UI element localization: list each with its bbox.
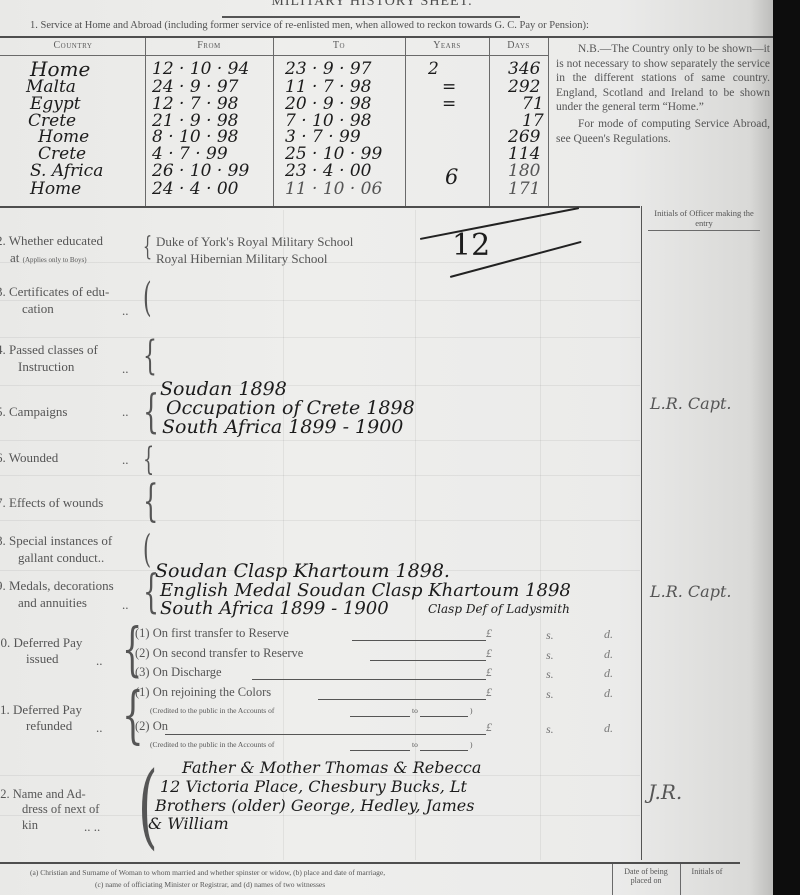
label-certificates-2: cation bbox=[22, 301, 54, 317]
deferred-refunded-line-2: (2) On bbox=[135, 719, 168, 734]
school-option-duke-of-york: Duke of York's Royal Military School bbox=[156, 234, 353, 250]
cell-to: 11 · 10 · 06 bbox=[285, 180, 382, 199]
next-of-kin-line: Brothers (older) George, Hedley, James bbox=[155, 796, 474, 815]
next-of-kin-line: & William bbox=[148, 814, 229, 833]
label-next-of-kin-3: kin bbox=[22, 817, 38, 833]
credit-to: to bbox=[412, 740, 418, 749]
col-header-to: To bbox=[273, 40, 405, 51]
label-dots: .. bbox=[122, 404, 129, 420]
blank-field bbox=[370, 660, 486, 661]
pence-symbol: d. bbox=[604, 721, 613, 736]
nb-paragraph-1: N.B.—The Country only to be shown—it is … bbox=[556, 42, 770, 115]
label-deferred-pay-issued-2: issued bbox=[26, 651, 59, 667]
brace: { bbox=[143, 480, 158, 524]
brace: { bbox=[143, 336, 157, 376]
shillings-symbol: s. bbox=[546, 628, 554, 643]
credit-note: (Credited to the public in the Accounts … bbox=[150, 740, 274, 749]
label-passed-classes-2: Instruction bbox=[18, 359, 74, 375]
label-dots: .. .. bbox=[84, 819, 100, 835]
credit-to: to bbox=[412, 706, 418, 715]
footer-top-rule bbox=[0, 862, 740, 864]
footer-divider bbox=[680, 864, 681, 895]
label-effects-of-wounds: 7. Effects of wounds bbox=[0, 495, 103, 511]
label-gallant-conduct: 8. Special instances of bbox=[0, 533, 112, 549]
footer-line-2: (c) name of officiating Minister or Regi… bbox=[95, 880, 325, 889]
pounds-symbol: £ bbox=[486, 720, 492, 735]
label-dots: .. bbox=[122, 361, 129, 377]
label-passed-classes: 4. Passed classes of bbox=[0, 342, 98, 358]
pounds-symbol: £ bbox=[486, 626, 492, 641]
military-history-sheet: MILITARY HISTORY SHEET. 1. Service at Ho… bbox=[0, 0, 773, 895]
label-medals: 9. Medals, decorations bbox=[0, 578, 114, 594]
officer-initials: J.R. bbox=[648, 780, 682, 804]
school-option-royal-hibernian: Royal Hibernian Military School bbox=[156, 251, 328, 267]
credit-close: ) bbox=[470, 706, 473, 715]
label-deferred-pay-refunded-2: refunded bbox=[26, 718, 72, 734]
blank-field bbox=[252, 679, 486, 680]
pounds-symbol: £ bbox=[486, 685, 492, 700]
shillings-symbol: s. bbox=[546, 722, 554, 737]
label-next-of-kin-2: dress of next of bbox=[22, 801, 99, 817]
deferred-issued-line-1: (1) On first transfer to Reserve bbox=[135, 626, 289, 641]
pence-symbol: d. bbox=[604, 666, 613, 681]
nb-note: N.B.—The Country only to be shown—it is … bbox=[556, 42, 770, 146]
label-dots: .. bbox=[122, 303, 129, 319]
table-header-rule bbox=[0, 55, 548, 56]
label-educated: 2. Whether educated bbox=[0, 233, 103, 249]
label-medals-2: and annuities bbox=[18, 595, 87, 611]
officer-initials: L.R. Capt. bbox=[650, 394, 731, 413]
faint-rule bbox=[0, 440, 640, 441]
label-at: at bbox=[10, 250, 19, 265]
cell-from: 24 · 4 · 00 bbox=[152, 180, 239, 199]
col-header-years: Years bbox=[405, 40, 489, 51]
shillings-symbol: s. bbox=[546, 687, 554, 702]
table-row: Home 24 · 4 · 00 11 · 10 · 06 171 bbox=[0, 180, 545, 199]
label-dots: .. bbox=[96, 653, 103, 669]
faint-rule bbox=[0, 520, 640, 521]
blank-field bbox=[318, 699, 486, 700]
deferred-issued-line-2: (2) On second transfer to Reserve bbox=[135, 646, 303, 661]
footer-line-1: (a) Christian and Surname of Woman to wh… bbox=[30, 868, 385, 877]
blank-field bbox=[352, 640, 486, 641]
cell-country: Home bbox=[30, 180, 81, 199]
credit-close: ) bbox=[470, 740, 473, 749]
label-dots: .. bbox=[96, 720, 103, 736]
nb-paragraph-2: For mode of computing Service Abroad, se… bbox=[556, 117, 770, 146]
col-header-from: From bbox=[145, 40, 273, 51]
initials-column-header: Initials of Officer making the entry bbox=[645, 208, 763, 228]
col-divider bbox=[548, 38, 549, 206]
brace: ( bbox=[143, 530, 151, 568]
brace: { bbox=[143, 234, 152, 260]
label-note: (Applies only to Boys) bbox=[23, 256, 87, 264]
section1-heading: 1. Service at Home and Abroad (including… bbox=[30, 20, 589, 31]
footer-initials-box: Initials of bbox=[682, 867, 732, 876]
next-of-kin-line: 12 Victoria Place, Chesbury Bucks, Lt bbox=[160, 777, 467, 796]
strike-line bbox=[420, 207, 579, 240]
label-deferred-pay-refunded: 11. Deferred Pay bbox=[0, 702, 82, 718]
label-gallant-conduct-2: gallant conduct.. bbox=[18, 550, 104, 566]
label-educated-at: at (Applies only to Boys) bbox=[10, 250, 87, 268]
officer-initials: L.R. Capt. bbox=[650, 582, 731, 601]
cell-years: 2 bbox=[428, 60, 439, 79]
medal-entry: South Africa 1899 - 1900 bbox=[160, 598, 389, 619]
col-header-days: Days bbox=[489, 40, 548, 51]
faint-rule bbox=[0, 300, 640, 301]
pence-symbol: d. bbox=[604, 686, 613, 701]
blank-field bbox=[350, 750, 410, 751]
deferred-refunded-line-1: (1) On rejoining the Colors bbox=[135, 685, 271, 700]
faint-rule bbox=[0, 337, 640, 338]
blank-field bbox=[165, 734, 486, 735]
pounds-symbol: £ bbox=[486, 646, 492, 661]
pence-symbol: d. bbox=[604, 647, 613, 662]
faint-rule bbox=[0, 385, 640, 386]
pence-symbol: d. bbox=[604, 627, 613, 642]
brace: ( bbox=[143, 278, 152, 318]
credit-note: (Credited to the public in the Accounts … bbox=[150, 706, 274, 715]
initials-header-rule bbox=[648, 230, 760, 231]
faint-rule bbox=[540, 210, 541, 860]
scan-border bbox=[773, 0, 800, 895]
sheet-title: MILITARY HISTORY SHEET. bbox=[222, 0, 522, 10]
label-certificates: 3. Certificates of edu- bbox=[0, 284, 109, 300]
table-top-rule bbox=[0, 36, 773, 38]
brace: { bbox=[143, 443, 154, 475]
deferred-issued-line-3: (3) On Discharge bbox=[135, 665, 222, 680]
label-dots: .. bbox=[122, 452, 129, 468]
label-wounded: 6. Wounded bbox=[0, 450, 58, 466]
campaign-entry: South Africa 1899 - 1900 bbox=[162, 416, 403, 438]
label-next-of-kin: 12. Name and Ad- bbox=[0, 786, 86, 802]
next-of-kin-line: Father & Mother Thomas & Rebecca bbox=[182, 758, 481, 777]
blank-field bbox=[350, 716, 410, 717]
faint-rule bbox=[0, 475, 640, 476]
table-row: Home 12 · 10 · 94 23 · 9 · 97 2 346 bbox=[0, 60, 545, 79]
label-deferred-pay-issued: 10. Deferred Pay bbox=[0, 635, 82, 651]
medal-entry: Soudan Clasp Khartoum 1898. bbox=[155, 560, 450, 582]
label-campaigns: 5. Campaigns bbox=[0, 404, 68, 420]
label-dots: .. bbox=[122, 597, 129, 613]
brace: { bbox=[143, 388, 159, 434]
initials-column-divider bbox=[641, 206, 642, 860]
cell-days: 171 bbox=[508, 180, 540, 199]
col-header-country: Country bbox=[8, 40, 138, 51]
handwritten-12: 12 bbox=[452, 228, 490, 263]
blank-field bbox=[420, 750, 468, 751]
footer-date-box: Date of being placed on bbox=[613, 867, 679, 885]
medal-entry-clasp: Clasp Def of Ladysmith bbox=[428, 602, 570, 616]
shillings-symbol: s. bbox=[546, 648, 554, 663]
table-row: S. Africa 26 · 10 · 99 23 · 4 · 00 6 180 bbox=[0, 162, 545, 181]
shillings-symbol: s. bbox=[546, 667, 554, 682]
pounds-symbol: £ bbox=[486, 665, 492, 680]
blank-field bbox=[420, 716, 468, 717]
table-bottom-rule bbox=[0, 206, 640, 208]
title-underline bbox=[222, 16, 520, 18]
